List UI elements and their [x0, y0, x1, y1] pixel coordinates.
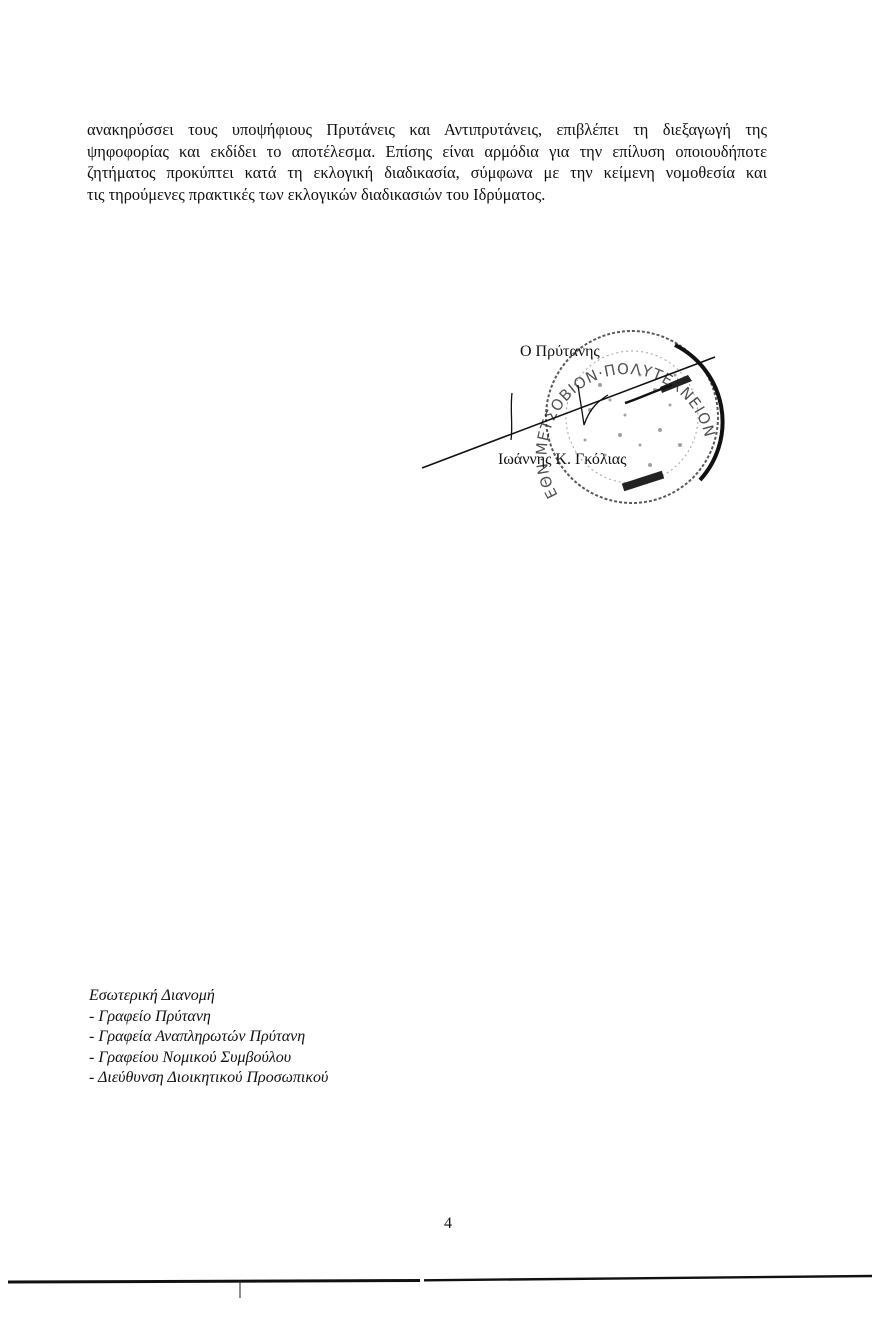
signer-name: Ιωάννης Κ. Γκόλιας [498, 451, 627, 469]
page-number: 4 [440, 1215, 456, 1233]
distribution-item: - Γραφεία Αναπληρωτών Πρύτανη [89, 1027, 328, 1048]
distribution-item: - Γραφείου Νομικού Συμβούλου [89, 1048, 328, 1069]
distribution-heading: Εσωτερική Διανομή [89, 986, 328, 1007]
paragraph-line: ψηφοφορίας και εκδίδει το αποτέλεσμα. Επ… [87, 141, 767, 163]
paragraph-line: ζητήματος προκύπτει κατά τη εκλογική δια… [87, 162, 767, 184]
distribution-item: - Γραφείο Πρύτανη [89, 1007, 328, 1028]
signer-title: Ο Πρύτανης [520, 343, 600, 361]
footer-divider [0, 1268, 880, 1298]
distribution-item: - Διεύθυνση Διοικητικού Προσωπικού [89, 1068, 328, 1089]
signature-block: ΕΘΝ·ΜΕΤΣΟΒΙΟΝ·ΠΟΛΥΤΕΧΝΕΙΟΝ Ο Πρύτανης Ιω… [410, 315, 740, 515]
paragraph-line: τις τηρούμενες πρακτικές των εκλογικών δ… [87, 184, 767, 206]
internal-distribution-list: Εσωτερική Διανομή - Γραφείο Πρύτανη - Γρ… [89, 986, 328, 1089]
body-paragraph: ανακηρύσσει τους υποψήφιους Πρυτάνεις κα… [87, 119, 767, 206]
paragraph-line: ανακηρύσσει τους υποψήφιους Πρυτάνεις κα… [87, 119, 767, 141]
